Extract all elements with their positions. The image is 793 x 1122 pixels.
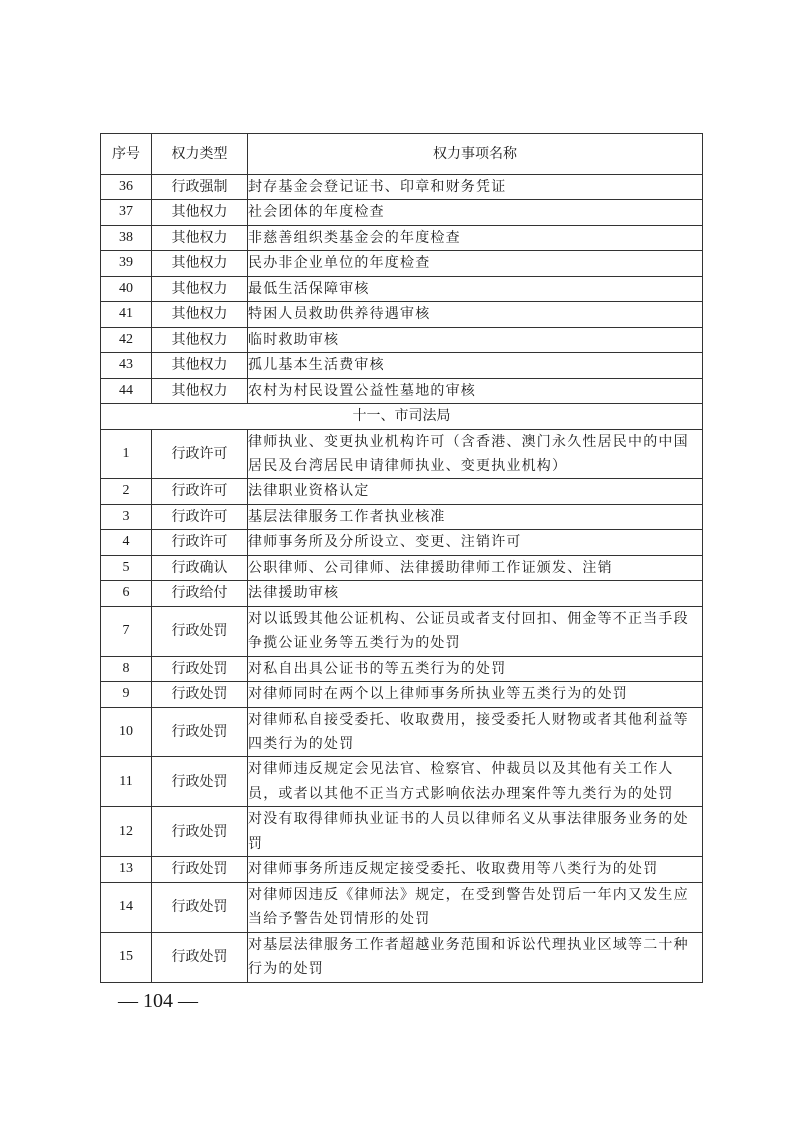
row-power-type: 其他权力 — [152, 276, 248, 301]
row-number: 9 — [101, 682, 152, 707]
row-number: 44 — [101, 378, 152, 403]
row-power-name: 社会团体的年度检查 — [248, 200, 703, 225]
row-power-name: 最低生活保障审核 — [248, 276, 703, 301]
row-number: 3 — [101, 504, 152, 529]
row-power-name: 对私自出具公证书的等五类行为的处罚 — [248, 656, 703, 681]
row-power-type: 其他权力 — [152, 353, 248, 378]
row-power-type: 行政处罚 — [152, 757, 248, 807]
row-number: 38 — [101, 225, 152, 250]
row-power-type: 行政许可 — [152, 429, 248, 479]
row-number: 13 — [101, 857, 152, 882]
table-row: 37其他权力社会团体的年度检查 — [101, 200, 703, 225]
row-power-name: 对律师违反规定会见法官、检察官、仲裁员以及其他有关工作人员，或者以其他不正当方式… — [248, 757, 703, 807]
row-number: 7 — [101, 606, 152, 656]
row-power-type: 行政处罚 — [152, 932, 248, 982]
row-power-name: 律师事务所及分所设立、变更、注销许可 — [248, 530, 703, 555]
table-row: 44其他权力农村为村民设置公益性墓地的审核 — [101, 378, 703, 403]
row-number: 12 — [101, 807, 152, 857]
row-power-type: 行政许可 — [152, 530, 248, 555]
row-number: 36 — [101, 175, 152, 200]
table-row: 5行政确认公职律师、公司律师、法律援助律师工作证颁发、注销 — [101, 555, 703, 580]
header-no: 序号 — [101, 134, 152, 175]
header-name: 权力事项名称 — [248, 134, 703, 175]
row-power-type: 其他权力 — [152, 327, 248, 352]
row-number: 8 — [101, 656, 152, 681]
row-power-type: 行政处罚 — [152, 707, 248, 757]
row-number: 39 — [101, 251, 152, 276]
row-power-type: 其他权力 — [152, 378, 248, 403]
table-row: 1行政许可律师执业、变更执业机构许可（含香港、澳门永久性居民中的中国居民及台湾居… — [101, 429, 703, 479]
row-power-type: 行政许可 — [152, 479, 248, 504]
row-power-type: 行政处罚 — [152, 606, 248, 656]
table-row: 12行政处罚对没有取得律师执业证书的人员以律师名义从事法律服务业务的处罚 — [101, 807, 703, 857]
table-row: 15行政处罚对基层法律服务工作者超越业务范围和诉讼代理执业区域等二十种行为的处罚 — [101, 932, 703, 982]
row-power-type: 行政强制 — [152, 175, 248, 200]
row-number: 11 — [101, 757, 152, 807]
row-number: 2 — [101, 479, 152, 504]
table-row: 14行政处罚对律师因违反《律师法》规定，在受到警告处罚后一年内又发生应当给予警告… — [101, 882, 703, 932]
row-power-type: 行政确认 — [152, 555, 248, 580]
row-power-type: 其他权力 — [152, 302, 248, 327]
table-row: 13行政处罚对律师事务所违反规定接受委托、收取费用等八类行为的处罚 — [101, 857, 703, 882]
table-row: 41其他权力特困人员救助供养待遇审核 — [101, 302, 703, 327]
row-power-name: 对律师同时在两个以上律师事务所执业等五类行为的处罚 — [248, 682, 703, 707]
powers-table: 序号 权力类型 权力事项名称 36行政强制封存基金会登记证书、印章和财务凭证37… — [100, 133, 703, 983]
table-header-row: 序号 权力类型 权力事项名称 — [101, 134, 703, 175]
page-number: — 104 — — [118, 990, 198, 1013]
table-row: 43其他权力孤儿基本生活费审核 — [101, 353, 703, 378]
row-power-name: 对以诋毁其他公证机构、公证员或者支付回扣、佣金等不正当手段争揽公证业务等五类行为… — [248, 606, 703, 656]
row-number: 15 — [101, 932, 152, 982]
table-row: 38其他权力非慈善组织类基金会的年度检查 — [101, 225, 703, 250]
table-row: 7行政处罚对以诋毁其他公证机构、公证员或者支付回扣、佣金等不正当手段争揽公证业务… — [101, 606, 703, 656]
table-row: 39其他权力民办非企业单位的年度检查 — [101, 251, 703, 276]
row-number: 37 — [101, 200, 152, 225]
row-power-name: 非慈善组织类基金会的年度检查 — [248, 225, 703, 250]
row-power-type: 其他权力 — [152, 200, 248, 225]
row-number: 40 — [101, 276, 152, 301]
table-row: 11行政处罚对律师违反规定会见法官、检察官、仲裁员以及其他有关工作人员，或者以其… — [101, 757, 703, 807]
section-title: 十一、市司法局 — [101, 404, 703, 429]
row-power-name: 特困人员救助供养待遇审核 — [248, 302, 703, 327]
row-power-name: 农村为村民设置公益性墓地的审核 — [248, 378, 703, 403]
row-power-name: 律师执业、变更执业机构许可（含香港、澳门永久性居民中的中国居民及台湾居民申请律师… — [248, 429, 703, 479]
row-power-type: 行政许可 — [152, 504, 248, 529]
row-power-type: 行政处罚 — [152, 882, 248, 932]
row-power-name: 对律师因违反《律师法》规定，在受到警告处罚后一年内又发生应当给予警告处罚情形的处… — [248, 882, 703, 932]
row-power-type: 行政处罚 — [152, 656, 248, 681]
row-number: 1 — [101, 429, 152, 479]
table-row: 40其他权力最低生活保障审核 — [101, 276, 703, 301]
table-row: 9行政处罚对律师同时在两个以上律师事务所执业等五类行为的处罚 — [101, 682, 703, 707]
table-row: 2行政许可法律职业资格认定 — [101, 479, 703, 504]
row-power-type: 行政处罚 — [152, 682, 248, 707]
row-number: 5 — [101, 555, 152, 580]
row-number: 42 — [101, 327, 152, 352]
row-number: 14 — [101, 882, 152, 932]
row-power-name: 对没有取得律师执业证书的人员以律师名义从事法律服务业务的处罚 — [248, 807, 703, 857]
row-number: 4 — [101, 530, 152, 555]
row-number: 10 — [101, 707, 152, 757]
row-power-name: 临时救助审核 — [248, 327, 703, 352]
table-row: 6行政给付法律援助审核 — [101, 581, 703, 606]
row-power-name: 封存基金会登记证书、印章和财务凭证 — [248, 175, 703, 200]
row-number: 43 — [101, 353, 152, 378]
table-row: 4行政许可律师事务所及分所设立、变更、注销许可 — [101, 530, 703, 555]
row-power-type: 行政处罚 — [152, 857, 248, 882]
table-row: 36行政强制封存基金会登记证书、印章和财务凭证 — [101, 175, 703, 200]
row-power-type: 其他权力 — [152, 251, 248, 276]
row-power-name: 基层法律服务工作者执业核准 — [248, 504, 703, 529]
table-row: 8行政处罚对私自出具公证书的等五类行为的处罚 — [101, 656, 703, 681]
row-power-type: 行政处罚 — [152, 807, 248, 857]
section-row: 十一、市司法局 — [101, 404, 703, 429]
row-power-name: 法律援助审核 — [248, 581, 703, 606]
row-power-name: 对律师私自接受委托、收取费用，接受委托人财物或者其他利益等四类行为的处罚 — [248, 707, 703, 757]
row-power-name: 民办非企业单位的年度检查 — [248, 251, 703, 276]
header-type: 权力类型 — [152, 134, 248, 175]
row-power-name: 对基层法律服务工作者超越业务范围和诉讼代理执业区域等二十种行为的处罚 — [248, 932, 703, 982]
row-power-type: 其他权力 — [152, 225, 248, 250]
table-row: 42其他权力临时救助审核 — [101, 327, 703, 352]
row-power-type: 行政给付 — [152, 581, 248, 606]
row-power-name: 公职律师、公司律师、法律援助律师工作证颁发、注销 — [248, 555, 703, 580]
table-row: 10行政处罚对律师私自接受委托、收取费用，接受委托人财物或者其他利益等四类行为的… — [101, 707, 703, 757]
row-number: 6 — [101, 581, 152, 606]
row-power-name: 法律职业资格认定 — [248, 479, 703, 504]
table-row: 3行政许可基层法律服务工作者执业核准 — [101, 504, 703, 529]
row-number: 41 — [101, 302, 152, 327]
row-power-name: 对律师事务所违反规定接受委托、收取费用等八类行为的处罚 — [248, 857, 703, 882]
row-power-name: 孤儿基本生活费审核 — [248, 353, 703, 378]
